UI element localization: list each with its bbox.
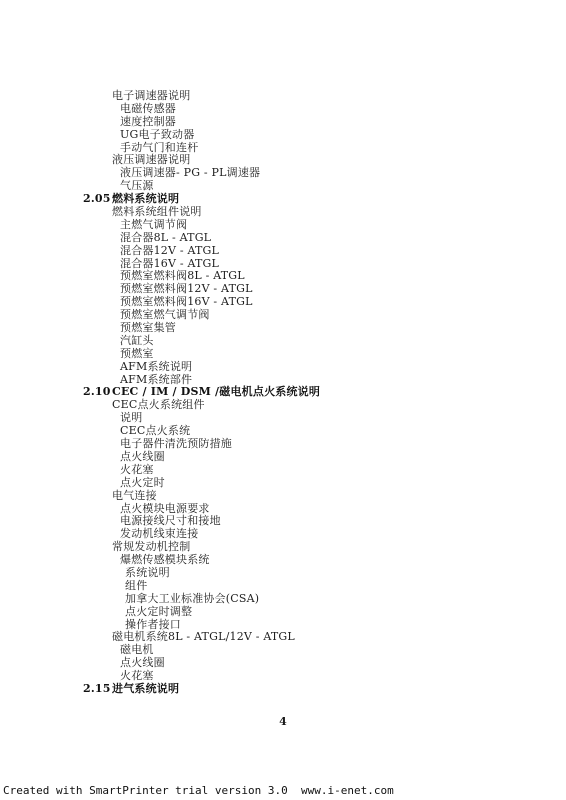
toc-entry-label: 液压调速器- PG - PL调速器	[120, 166, 260, 179]
toc-entry-label: 发动机线束连接	[120, 527, 198, 540]
toc-entry-label: 系统说明	[125, 566, 170, 579]
toc-entry-label: 火花塞	[120, 463, 154, 476]
toc-entry-label: 常规发动机控制	[112, 540, 190, 553]
toc-entry-label: 预燃室燃料阀12V - ATGL	[120, 282, 253, 295]
toc-entry-label: CEC点火系统	[120, 424, 190, 437]
toc-entry: 点火线圈	[83, 451, 556, 464]
toc-entry: 汽缸头	[83, 335, 556, 348]
section-number: 2.05	[83, 193, 112, 206]
toc-entry-label: CEC / IM / DSM /磁电机点火系统说明	[112, 385, 320, 398]
toc-entry-label: 进气系统说明	[112, 682, 179, 695]
toc-entry: 系统说明	[83, 567, 556, 580]
toc-entry-label: AFM系统部件	[120, 373, 192, 386]
toc-entry-label: 预燃室集管	[120, 321, 176, 334]
toc-entry-label: 组件	[125, 579, 147, 592]
toc-entry-label: 预燃室燃气调节阀	[120, 308, 210, 321]
table-of-contents: 电子调速器说明电磁传感器速度控制器UG电子致动器手动气门和连杆液压调速器说明液压…	[83, 90, 556, 696]
toc-entry-label: 点火模块电源要求	[120, 502, 210, 515]
toc-entry-label: 说明	[120, 411, 142, 424]
toc-entry-label: 液压调速器说明	[112, 153, 190, 166]
page-number: 4	[0, 715, 566, 728]
toc-entry-label: CEC点火系统组件	[112, 398, 205, 411]
toc-entry-label: 预燃室燃料阀8L - ATGL	[120, 269, 245, 282]
toc-entry: 预燃室集管	[83, 322, 556, 335]
toc-entry-label: 电源接线尺寸和接地	[120, 514, 221, 527]
toc-entry-label: 汽缸头	[120, 334, 154, 347]
toc-entry-label: 点火线圈	[120, 450, 165, 463]
toc-entry-label: 混合器12V - ATGL	[120, 244, 219, 257]
toc-entry-label: 磁电机系统8L - ATGL/12V - ATGL	[112, 630, 295, 643]
toc-entry-label: 手动气门和连杆	[120, 141, 198, 154]
toc-entry-label: UG电子致动器	[120, 128, 194, 141]
toc-entry-label: 点火定时	[120, 476, 165, 489]
toc-entry-label: 火花塞	[120, 669, 154, 682]
document-page: 电子调速器说明电磁传感器速度控制器UG电子致动器手动气门和连杆液压调速器说明液压…	[0, 0, 566, 800]
watermark-footer: Created with SmartPrinter trial version …	[3, 784, 394, 797]
toc-entry-label: 速度控制器	[120, 115, 176, 128]
toc-entry-label: 磁电机	[120, 643, 154, 656]
toc-entry-label: 点火定时调整	[125, 605, 192, 618]
toc-entry-label: 电气连接	[112, 489, 157, 502]
toc-entry-label: 操作者接口	[125, 618, 181, 631]
toc-entry-label: 气压源	[120, 179, 154, 192]
toc-entry-label: 预燃室	[120, 347, 154, 360]
toc-entry-label: 爆燃传感模块系统	[120, 553, 210, 566]
toc-entry-label: AFM系统说明	[120, 360, 192, 373]
toc-entry-label: 电子调速器说明	[112, 89, 190, 102]
toc-entry-label: 点火线圈	[120, 656, 165, 669]
section-number: 2.15	[83, 683, 112, 696]
toc-entry-label: 主燃气调节阀	[120, 218, 187, 231]
toc-section-heading: 2.15进气系统说明	[83, 683, 556, 696]
toc-entry-label: 燃料系统组件说明	[112, 205, 202, 218]
toc-entry: CEC点火系统组件	[83, 399, 556, 412]
toc-entry-label: 预燃室燃料阀16V - ATGL	[120, 295, 253, 308]
toc-entry-label: 电子器件清洗预防措施	[120, 437, 232, 450]
toc-entry-label: 混合器8L - ATGL	[120, 231, 211, 244]
toc-entry-label: 燃料系统说明	[112, 192, 179, 205]
toc-entry-label: 电磁传感器	[120, 102, 176, 115]
section-number: 2.10	[83, 386, 112, 399]
toc-entry-label: 加拿大工业标准协会(CSA)	[125, 592, 259, 605]
toc-entry-label: 混合器16V - ATGL	[120, 257, 219, 270]
